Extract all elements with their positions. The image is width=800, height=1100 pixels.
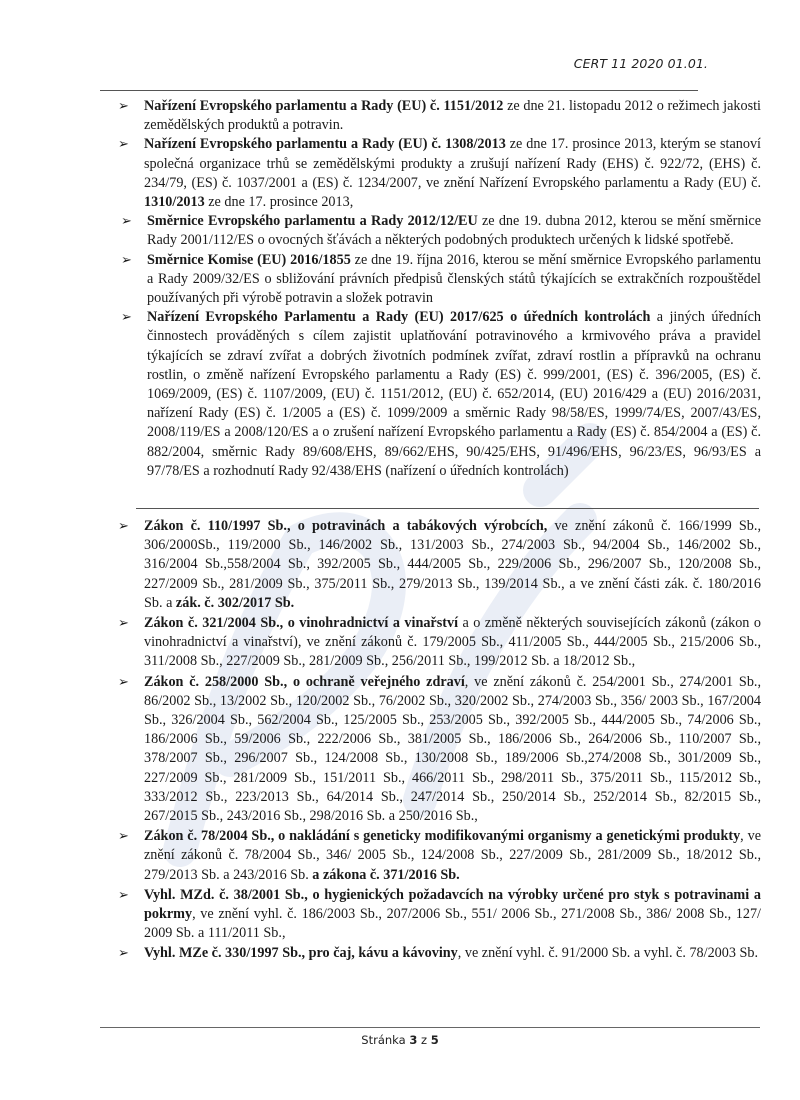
- document-code: CERT 11 2020 01.01.: [574, 56, 708, 71]
- arrow-bullet-icon: ➢: [118, 135, 129, 154]
- list-item: ➢ Nařízení Evropského parlamentu a Rady …: [118, 97, 761, 135]
- list-item: ➢ Vyhl. MZe č. 330/1997 Sb., pro čaj, ká…: [118, 944, 761, 963]
- arrow-bullet-icon: ➢: [118, 614, 129, 633]
- list-item: ➢ Nařízení Evropského parlamentu a Rady …: [118, 135, 761, 212]
- arrow-bullet-icon: ➢: [118, 673, 129, 692]
- arrow-bullet-icon: ➢: [118, 886, 129, 905]
- footer-divider: [100, 1027, 760, 1028]
- list-item: ➢ Nařízení Evropského Parlamentu a Rady …: [121, 308, 761, 481]
- header-divider: [100, 90, 698, 91]
- list-item: ➢ Zákon č. 78/2004 Sb., o nakládání s ge…: [118, 827, 761, 885]
- list-item: ➢ Zákon č. 258/2000 Sb., o ochraně veřej…: [118, 673, 761, 827]
- czech-laws-list: ➢ Zákon č. 110/1997 Sb., o potravinách a…: [118, 517, 761, 965]
- arrow-bullet-icon: ➢: [118, 944, 129, 963]
- arrow-bullet-icon: ➢: [121, 308, 132, 327]
- page-number: Stránka 3 z 5: [0, 1033, 800, 1047]
- arrow-bullet-icon: ➢: [118, 827, 129, 846]
- arrow-bullet-icon: ➢: [118, 517, 129, 536]
- arrow-bullet-icon: ➢: [121, 212, 132, 231]
- list-item: ➢ Zákon č. 110/1997 Sb., o potravinách a…: [118, 517, 761, 613]
- list-item: ➢ Vyhl. MZd. č. 38/2001 Sb., o hygienick…: [118, 886, 761, 944]
- eu-regulations-list: ➢ Nařízení Evropského parlamentu a Rady …: [118, 97, 761, 481]
- section-divider: [136, 508, 759, 509]
- arrow-bullet-icon: ➢: [118, 97, 129, 116]
- list-item: ➢ Směrnice Evropského parlamentu a Rady …: [121, 212, 761, 250]
- list-item: ➢ Zákon č. 321/2004 Sb., o vinohradnictv…: [118, 614, 761, 672]
- arrow-bullet-icon: ➢: [121, 251, 132, 270]
- list-item: ➢ Směrnice Komise (EU) 2016/1855 ze dne …: [121, 251, 761, 309]
